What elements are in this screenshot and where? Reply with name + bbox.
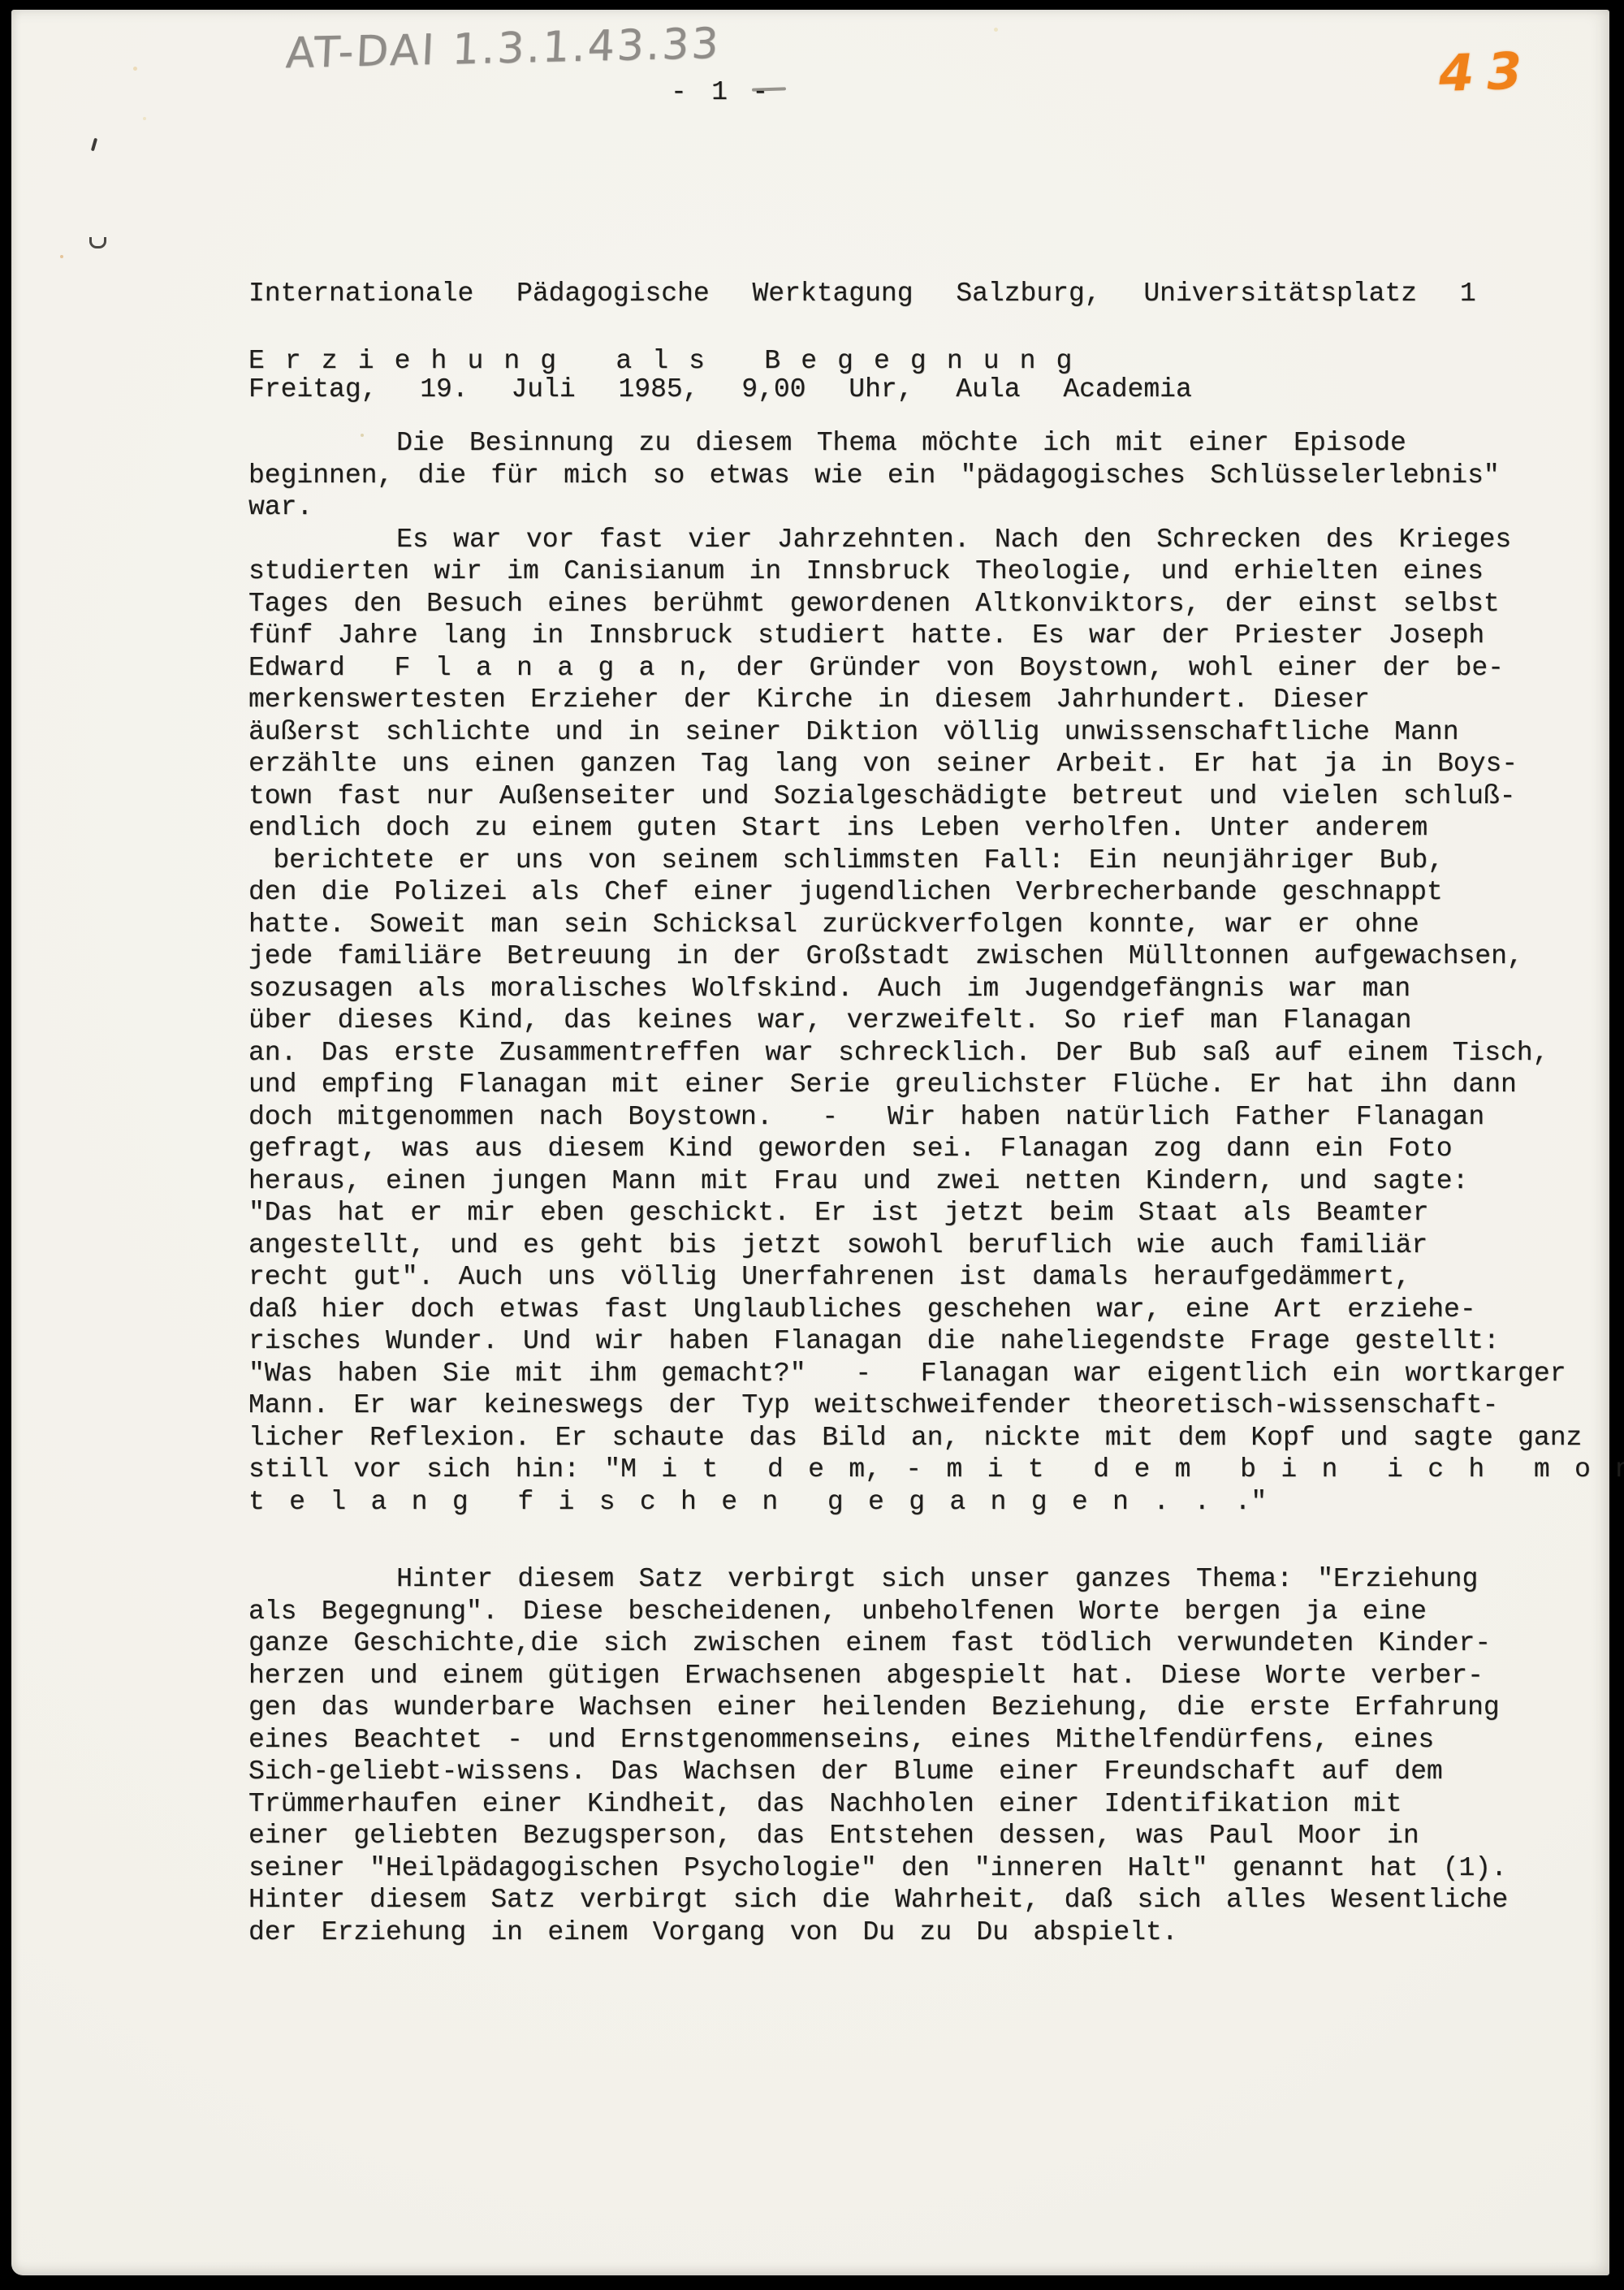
paper-speck [133, 67, 137, 71]
typed-line: studierten wir im Canisianum in Innsbruc… [248, 555, 1624, 588]
typed-line: beginnen, die für mich so etwas wie ein … [248, 460, 1624, 492]
typed-line: Hinter diesem Satz verbirgt sich unser g… [248, 1563, 1624, 1596]
paragraph: Die Besinnung zu diesem Thema möchte ich… [248, 427, 1624, 524]
typed-line: der Erziehung in einem Vorgang von Du zu… [248, 1916, 1624, 1949]
typed-line: heraus, einen jungen Mann mit Frau und z… [248, 1165, 1624, 1198]
folio-number: 43 [1438, 41, 1536, 103]
typed-line: seiner "Heilpädagogischen Psychologie" d… [248, 1852, 1624, 1885]
typed-line: t e l a n g f i s c h e n g e g a n g e … [248, 1486, 1624, 1519]
stray-pencil-mark [91, 138, 97, 151]
paper-speck [143, 117, 146, 120]
typed-line: risches Wunder. Und wir haben Flanagan d… [248, 1325, 1624, 1358]
typed-line: "Das hat er mir eben geschickt. Er ist j… [248, 1197, 1624, 1229]
typed-line: "Was haben Sie mit ihm gemacht?" - Flana… [248, 1358, 1624, 1390]
typed-line: licher Reflexion. Er schaute das Bild an… [248, 1422, 1624, 1454]
typed-line: ganze Geschichte,die sich zwischen einem… [248, 1627, 1624, 1660]
header-line-datetime: Freitag, 19. Juli 1985, 9,00 Uhr, Aula A… [248, 374, 1476, 406]
typed-line: hatte. Soweit man sein Schicksal zurückv… [248, 909, 1624, 941]
typed-line: merkenswertesten Erzieher der Kirche in … [248, 684, 1624, 716]
typed-line: angestellt, und es geht bis jetzt sowohl… [248, 1229, 1624, 1262]
typed-line: war. [248, 491, 1624, 524]
typed-line: gen das wunderbare Wachsen einer heilend… [248, 1692, 1624, 1724]
typed-line: Trümmerhaufen einer Kindheit, das Nachho… [248, 1788, 1624, 1821]
typed-line: Es war vor fast vier Jahrzehnten. Nach d… [248, 524, 1624, 556]
typed-line: äußerst schlichte und in seiner Diktion … [248, 716, 1624, 749]
typed-line: erzählte uns einen ganzen Tag lang von s… [248, 748, 1624, 780]
archive-reference-handwriting: AT-DAI 1.3.1.43.33 [285, 19, 722, 78]
typed-line: Hinter diesem Satz verbirgt sich die Wah… [248, 1884, 1624, 1916]
body-text: Die Besinnung zu diesem Thema möchte ich… [248, 427, 1624, 1948]
typed-line: Edward F l a n a g a n, der Gründer von … [248, 652, 1624, 685]
typed-line: endlich doch zu einem guten Start ins Le… [248, 812, 1624, 845]
paragraph: Hinter diesem Satz verbirgt sich unser g… [248, 1563, 1624, 1948]
typed-line: an. Das erste Zusammentreffen war schrec… [248, 1037, 1624, 1069]
typed-line: gefragt, was aus diesem Kind geworden se… [248, 1133, 1624, 1165]
typed-line: Mann. Er war keineswegs der Typ weitschw… [248, 1389, 1624, 1422]
typed-line: eines Beachtet - und Ernstgenommenseins,… [248, 1724, 1624, 1756]
stray-pencil-mark [89, 237, 106, 248]
typed-line: jede familiäre Betreuung in der Großstad… [248, 940, 1624, 973]
typed-line: einer geliebten Bezugsperson, das Entste… [248, 1820, 1624, 1852]
document-page: AT-DAI 1.3.1.43.33 - 1 - 43 Internationa… [11, 10, 1609, 2275]
typed-line: daß hier doch etwas fast Unglaubliches g… [248, 1294, 1624, 1326]
typed-line: als Begegnung". Diese bescheidenen, unbe… [248, 1596, 1624, 1628]
typed-line: town fast nur Außenseiter und Sozialgesc… [248, 780, 1624, 813]
document-title: E r z i e h u n g a l s B e g e g n u n … [248, 346, 1073, 376]
typed-line: und empfing Flanagan mit einer Serie gre… [248, 1069, 1624, 1101]
paragraph: Es war vor fast vier Jahrzehnten. Nach d… [248, 524, 1624, 1519]
paper-speck [60, 255, 63, 258]
typed-line: berichtete er uns von seinem schlimmsten… [248, 845, 1624, 877]
typed-line: sozusagen als moralisches Wolfskind. Auc… [248, 973, 1624, 1005]
header-line-venue: Internationale Pädagogische Werktagung S… [248, 278, 1476, 310]
paper-speck [994, 28, 998, 32]
typed-line: Sich-geliebt-wissens. Das Wachsen der Bl… [248, 1756, 1624, 1788]
typed-line: recht gut". Auch uns völlig Unerfahrenen… [248, 1261, 1624, 1294]
page-number: - 1 - [671, 77, 768, 107]
typed-line: herzen und einem gütigen Erwachsenen abg… [248, 1660, 1624, 1692]
typed-line: still vor sich hin: "M i t d e m, - m i … [248, 1454, 1624, 1486]
typed-line: fünf Jahre lang in Innsbruck studiert ha… [248, 620, 1624, 652]
scan-background: AT-DAI 1.3.1.43.33 - 1 - 43 Internationa… [0, 0, 1624, 2290]
typed-line: den die Polizei als Chef einer jugendlic… [248, 876, 1624, 909]
typed-line: doch mitgenommen nach Boystown. - Wir ha… [248, 1101, 1624, 1134]
typed-line: Die Besinnung zu diesem Thema möchte ich… [248, 427, 1624, 460]
typed-line: über dieses Kind, das keines war, verzwe… [248, 1005, 1624, 1037]
typed-line: Tages den Besuch eines berühmt gewordene… [248, 588, 1624, 620]
